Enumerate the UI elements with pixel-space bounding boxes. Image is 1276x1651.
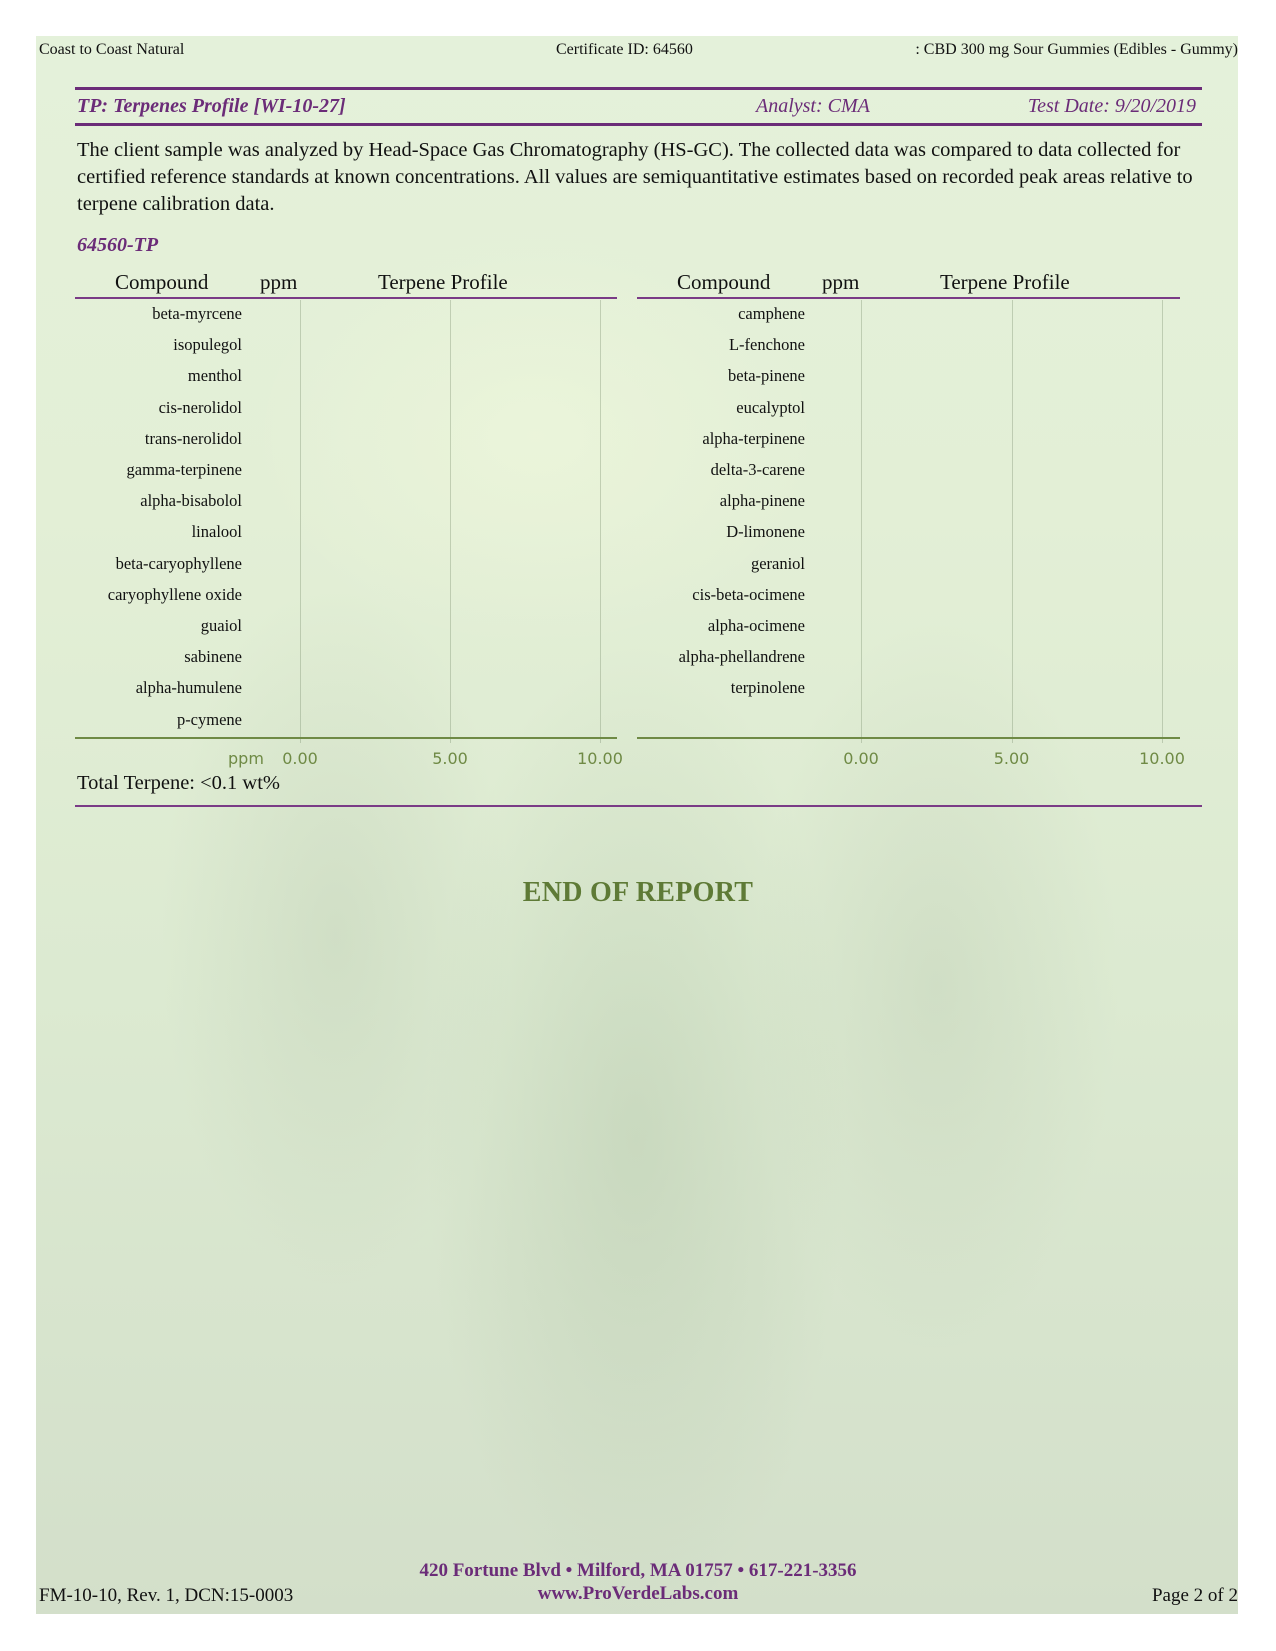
compound-label: guaiol (42, 616, 242, 636)
section-bottom-rule (75, 123, 1202, 126)
compound-label: alpha-humulene (42, 678, 242, 698)
column-header-terpene-profile: Terpene Profile (378, 270, 508, 295)
compound-label: L-fenchone (605, 335, 805, 355)
axis-tick-label: 10.00 (1122, 749, 1202, 768)
x-axis-line (75, 737, 617, 739)
sample-id: 64560-TP (77, 234, 158, 257)
gridline (450, 300, 451, 743)
compound-label: alpha-ocimene (605, 616, 805, 636)
axis-unit-label: ppm (228, 749, 264, 768)
compound-label: delta-3-carene (605, 460, 805, 480)
axis-tick-label: 10.00 (560, 749, 640, 768)
compound-label: cis-nerolidol (42, 398, 242, 418)
certificate-id: Certificate ID: 64560 (556, 41, 693, 59)
compound-label: gamma-terpinene (42, 460, 242, 480)
compound-label: alpha-phellandrene (605, 647, 805, 667)
product-name: : CBD 300 mg Sour Gummies (Edibles - Gum… (915, 41, 1238, 59)
compound-label: caryophyllene oxide (42, 585, 242, 605)
table-bottom-rule (75, 805, 1202, 807)
compound-label: alpha-terpinene (605, 429, 805, 449)
method-description: The client sample was analyzed by Head-S… (77, 137, 1207, 218)
test-date: Test Date: 9/20/2019 (1028, 95, 1196, 118)
compound-label: beta-caryophyllene (42, 554, 242, 574)
compound-label: beta-pinene (605, 366, 805, 386)
axis-tick-label: 5.00 (972, 749, 1052, 768)
column-header-terpene-profile: Terpene Profile (940, 270, 1070, 295)
compound-label: menthol (42, 366, 242, 386)
lab-address: 420 Fortune Blvd • Milford, MA 01757 • 6… (0, 1560, 1276, 1582)
compound-label: D-limonene (605, 522, 805, 542)
compound-label: camphene (605, 304, 805, 324)
gridline (300, 300, 301, 743)
header-rule (75, 297, 617, 299)
axis-tick-label: 0.00 (260, 749, 340, 768)
section-title: TP: Terpenes Profile [WI-10-27] (77, 95, 346, 118)
column-header-ppm: ppm (822, 270, 859, 295)
x-axis-line (637, 737, 1180, 739)
total-terpene: Total Terpene: <0.1 wt% (77, 772, 280, 795)
compound-label: alpha-pinene (605, 491, 805, 511)
compound-label: cis-beta-ocimene (605, 585, 805, 605)
page-number: Page 2 of 2 (1152, 1585, 1238, 1607)
column-header-ppm: ppm (260, 270, 297, 295)
compound-label: p-cymene (42, 710, 242, 730)
compound-label: alpha-bisabolol (42, 491, 242, 511)
axis-tick-label: 0.00 (821, 749, 901, 768)
compound-label: terpinolene (605, 678, 805, 698)
compound-label: sabinene (42, 647, 242, 667)
client-name: Coast to Coast Natural (39, 41, 184, 59)
section-top-rule (75, 87, 1202, 90)
compound-label: beta-myrcene (42, 304, 242, 324)
column-header-compound: Compound (115, 270, 208, 295)
form-id: FM-10-10, Rev. 1, DCN:15-0003 (39, 1585, 293, 1607)
compound-label: eucalyptol (605, 398, 805, 418)
analyst: Analyst: CMA (756, 95, 870, 118)
axis-tick-label: 5.00 (410, 749, 490, 768)
gridline (1162, 300, 1163, 743)
compound-label: isopulegol (42, 335, 242, 355)
gridline (861, 300, 862, 743)
compound-label: linalool (42, 522, 242, 542)
compound-label: trans-nerolidol (42, 429, 242, 449)
header-rule (637, 297, 1180, 299)
compound-label: geraniol (605, 554, 805, 574)
end-of-report: END OF REPORT (0, 877, 1276, 909)
gridline (1012, 300, 1013, 743)
column-header-compound: Compound (677, 270, 770, 295)
gridline (600, 300, 601, 743)
